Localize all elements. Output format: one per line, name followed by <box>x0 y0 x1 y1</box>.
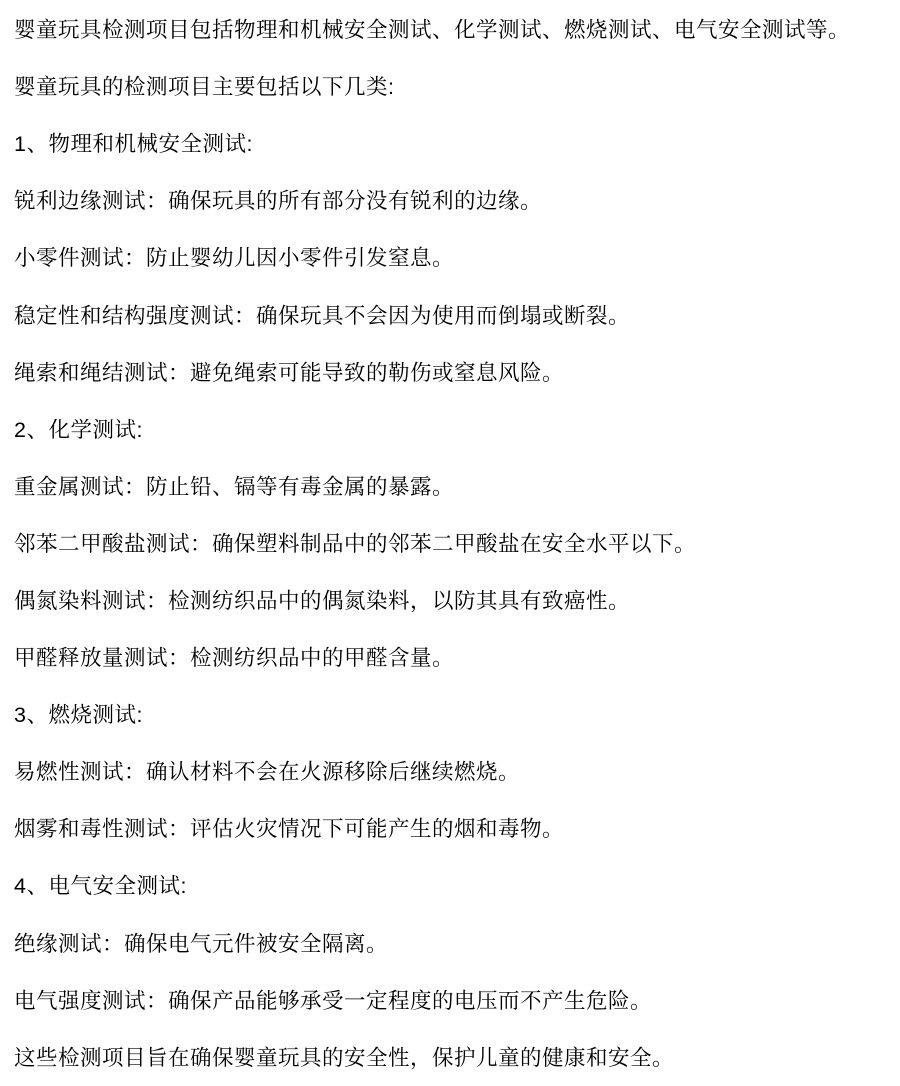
paragraph-line: 偶氮染料测试：检测纺织品中的偶氮染料，以防其具有致癌性。 <box>14 571 890 628</box>
paragraph-line: 甲醛释放量测试：检测纺织品中的甲醛含量。 <box>14 628 890 685</box>
paragraph-line: 小零件测试：防止婴幼儿因小零件引发窒息。 <box>14 228 890 285</box>
paragraph-line: 婴童玩具检测项目包括物理和机械安全测试、化学测试、燃烧测试、电气安全测试等。 <box>14 0 890 57</box>
paragraph-line: 锐利边缘测试：确保玩具的所有部分没有锐利的边缘。 <box>14 171 890 228</box>
paragraph-line: 重金属测试：防止铅、镉等有毒金属的暴露。 <box>14 457 890 514</box>
paragraph-line: 4、电气安全测试: <box>14 856 890 913</box>
paragraph-line: 稳定性和结构强度测试：确保玩具不会因为使用而倒塌或断裂。 <box>14 285 890 342</box>
paragraph-line: 这些检测项目旨在确保婴童玩具的安全性，保护儿童的健康和安全。 <box>14 1028 890 1085</box>
paragraph-line: 绳索和绳结测试：避免绳索可能导致的勒伤或窒息风险。 <box>14 343 890 400</box>
paragraph-line: 烟雾和毒性测试：评估火灾情况下可能产生的烟和毒物。 <box>14 799 890 856</box>
paragraph-line: 绝缘测试：确保电气元件被安全隔离。 <box>14 914 890 971</box>
paragraph-line: 电气强度测试：确保产品能够承受一定程度的电压而不产生危险。 <box>14 971 890 1028</box>
paragraph-line: 1、物理和机械安全测试: <box>14 114 890 171</box>
paragraph-line: 易燃性测试：确认材料不会在火源移除后继续燃烧。 <box>14 742 890 799</box>
paragraph-line: 2、化学测试: <box>14 400 890 457</box>
document-body: 婴童玩具检测项目包括物理和机械安全测试、化学测试、燃烧测试、电气安全测试等。 婴… <box>0 0 900 1086</box>
paragraph-line: 邻苯二甲酸盐测试：确保塑料制品中的邻苯二甲酸盐在安全水平以下。 <box>14 514 890 571</box>
paragraph-line: 婴童玩具的检测项目主要包括以下几类: <box>14 57 890 114</box>
paragraph-line: 3、燃烧测试: <box>14 685 890 742</box>
